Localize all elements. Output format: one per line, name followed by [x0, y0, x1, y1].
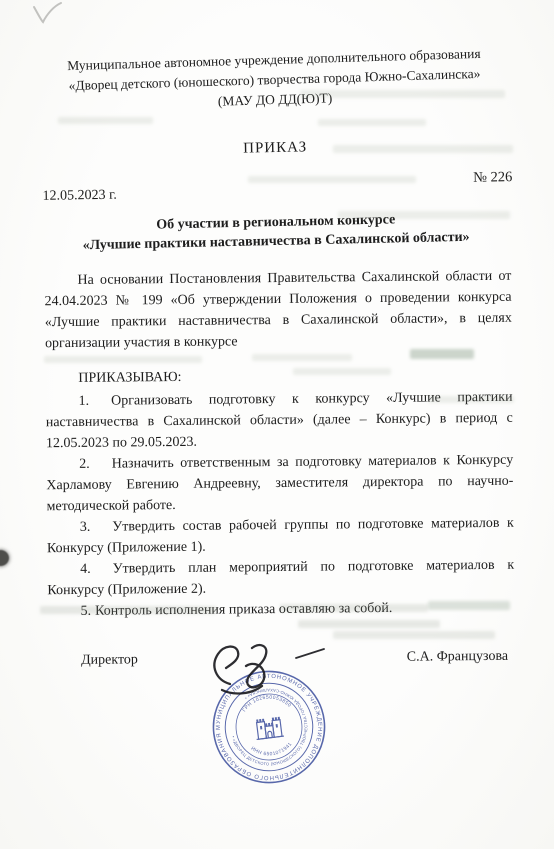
- signature-position-label: Директор: [81, 652, 138, 669]
- item-number: 2.: [79, 457, 90, 472]
- bleed-through-mark: [298, 620, 440, 628]
- bleed-through-mark: [428, 601, 510, 610]
- castle-emblem-icon: [254, 717, 284, 740]
- order-item: 3.Утвердить состав рабочей группы по под…: [47, 513, 514, 559]
- signature-ink: [200, 640, 335, 706]
- order-item: 2.Назначить ответственным за подготовку …: [46, 450, 514, 517]
- order-items: 1.Организовать подготовку к конкурсу «Лу…: [45, 387, 514, 622]
- bleed-through-mark: [252, 354, 352, 361]
- bleed-through-mark: [410, 349, 474, 359]
- bleed-through-mark: [318, 119, 426, 126]
- preamble-paragraph: На основании Постановления Правительства…: [44, 266, 512, 354]
- bleed-through-mark: [44, 356, 202, 363]
- item-number: 4.: [80, 562, 91, 577]
- bleed-through-mark: [280, 604, 428, 612]
- order-verb: ПРИКАЗЫВАЮ:: [45, 367, 512, 387]
- bleed-through-mark: [248, 176, 416, 183]
- item-number: 1.: [79, 394, 90, 409]
- bleed-through-mark: [58, 117, 153, 124]
- signature-name: С.А. Французова: [407, 649, 508, 666]
- org-header: Муниципальное автономное учреждение допо…: [0, 42, 552, 118]
- bleed-through-mark: [333, 145, 513, 153]
- bleed-through-mark: [300, 90, 505, 98]
- item-text: Назначить ответственным за подготовку ма…: [46, 453, 513, 514]
- scanned-order-page: Муниципальное автономное учреждение допо…: [0, 0, 554, 849]
- date-number-row: 12.05.2023 г. № 226: [42, 181, 512, 205]
- bleed-through-mark: [428, 396, 514, 403]
- item-number: 3.: [80, 520, 91, 535]
- item-text: Утвердить план мероприятий по подготовке…: [47, 558, 514, 598]
- bleed-through-mark: [293, 368, 391, 375]
- bleed-through-mark: [40, 606, 216, 614]
- item-text: Утвердить состав рабочей группы по подго…: [47, 516, 514, 556]
- doc-number: № 226: [473, 169, 513, 198]
- doc-date: 12.05.2023 г.: [42, 188, 116, 205]
- order-item: 4.Утвердить план мероприятий по подготов…: [47, 555, 514, 601]
- pen-checkmark-icon: [30, 1, 66, 27]
- bleed-through-mark: [338, 211, 510, 219]
- bleed-through-mark: [333, 631, 495, 639]
